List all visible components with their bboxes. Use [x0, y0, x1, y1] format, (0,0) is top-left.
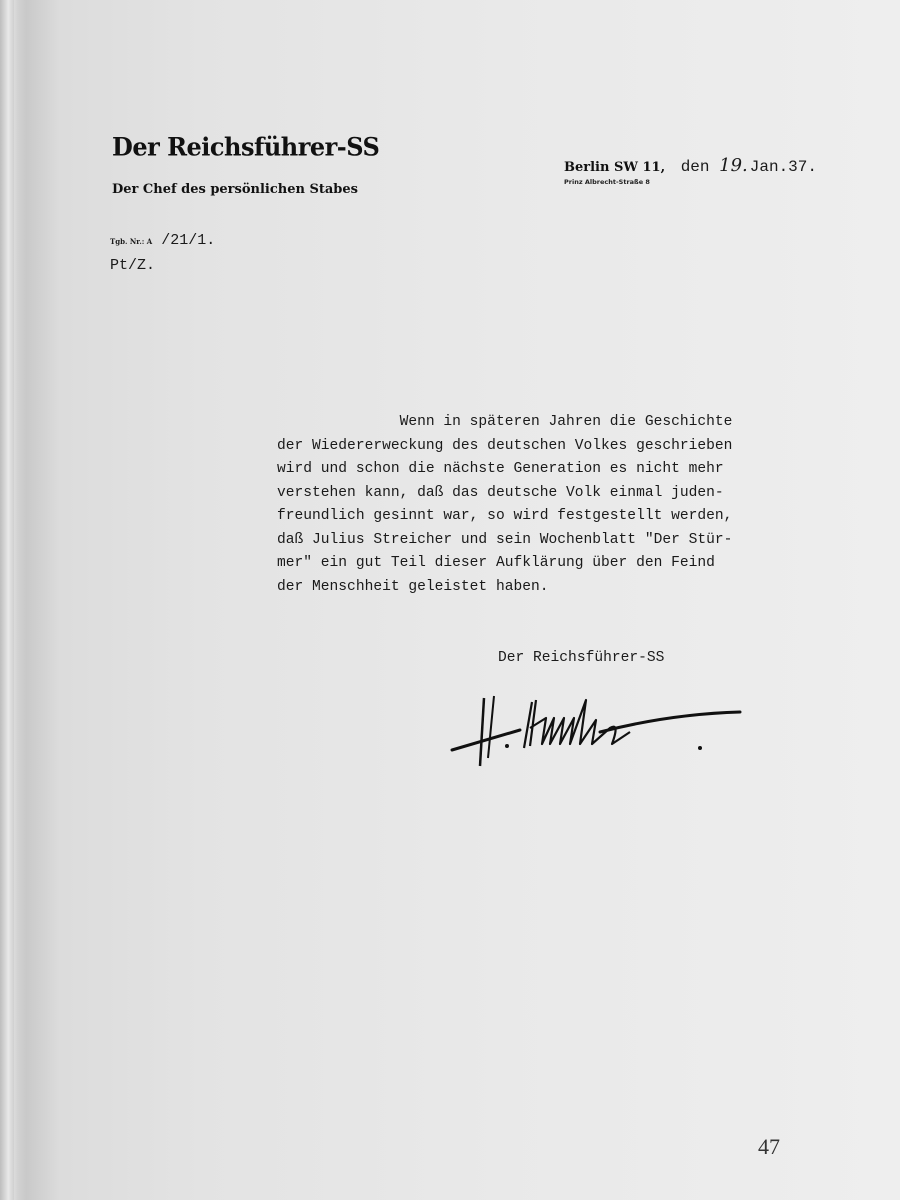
letterhead-title: Der Reichsführer-SS	[112, 131, 379, 161]
place-date-block: Berlin SW 11, den 19.Jan.37. Prinz Albre…	[564, 155, 817, 186]
closing-title: Der Reichsführer-SS	[498, 650, 664, 666]
signature	[450, 688, 750, 768]
letter-body: Wenn in späteren Jahren die Geschichtede…	[277, 411, 777, 599]
place-address: Prinz Albrecht-Straße 8	[564, 178, 817, 186]
body-line: verstehen kann, daß das deutsche Volk ei…	[277, 482, 777, 506]
reference-initials: Pt/Z.	[110, 257, 155, 274]
reference-value: /21/1.	[161, 232, 215, 249]
letterhead-subtitle: Der Chef des persönlichen Stabes	[112, 182, 358, 197]
body-line: der Menschheit geleistet haben.	[277, 576, 777, 600]
body-line: wird und schon die nächste Generation es…	[277, 458, 777, 482]
page-edge	[0, 0, 14, 1200]
reference-number: Tgb. Nr.: A /21/1.	[110, 232, 215, 249]
body-line: der Wiedererweckung des deutschen Volkes…	[277, 435, 777, 459]
page-number: 47	[758, 1134, 780, 1160]
body-line: Wenn in späteren Jahren die Geschichte	[277, 411, 777, 435]
place-city: Berlin SW 11,	[564, 160, 665, 175]
date-day-handwritten: 19.	[719, 155, 748, 176]
body-line: daß Julius Streicher und sein Wochenblat…	[277, 529, 777, 553]
reference-label: Tgb. Nr.: A	[110, 237, 152, 246]
body-line: mer" ein gut Teil dieser Aufklärung über…	[277, 552, 777, 576]
body-line: freundlich gesinnt war, so wird festgest…	[277, 505, 777, 529]
date-prefix: den	[681, 158, 710, 176]
date-rest: Jan.37.	[750, 158, 817, 176]
